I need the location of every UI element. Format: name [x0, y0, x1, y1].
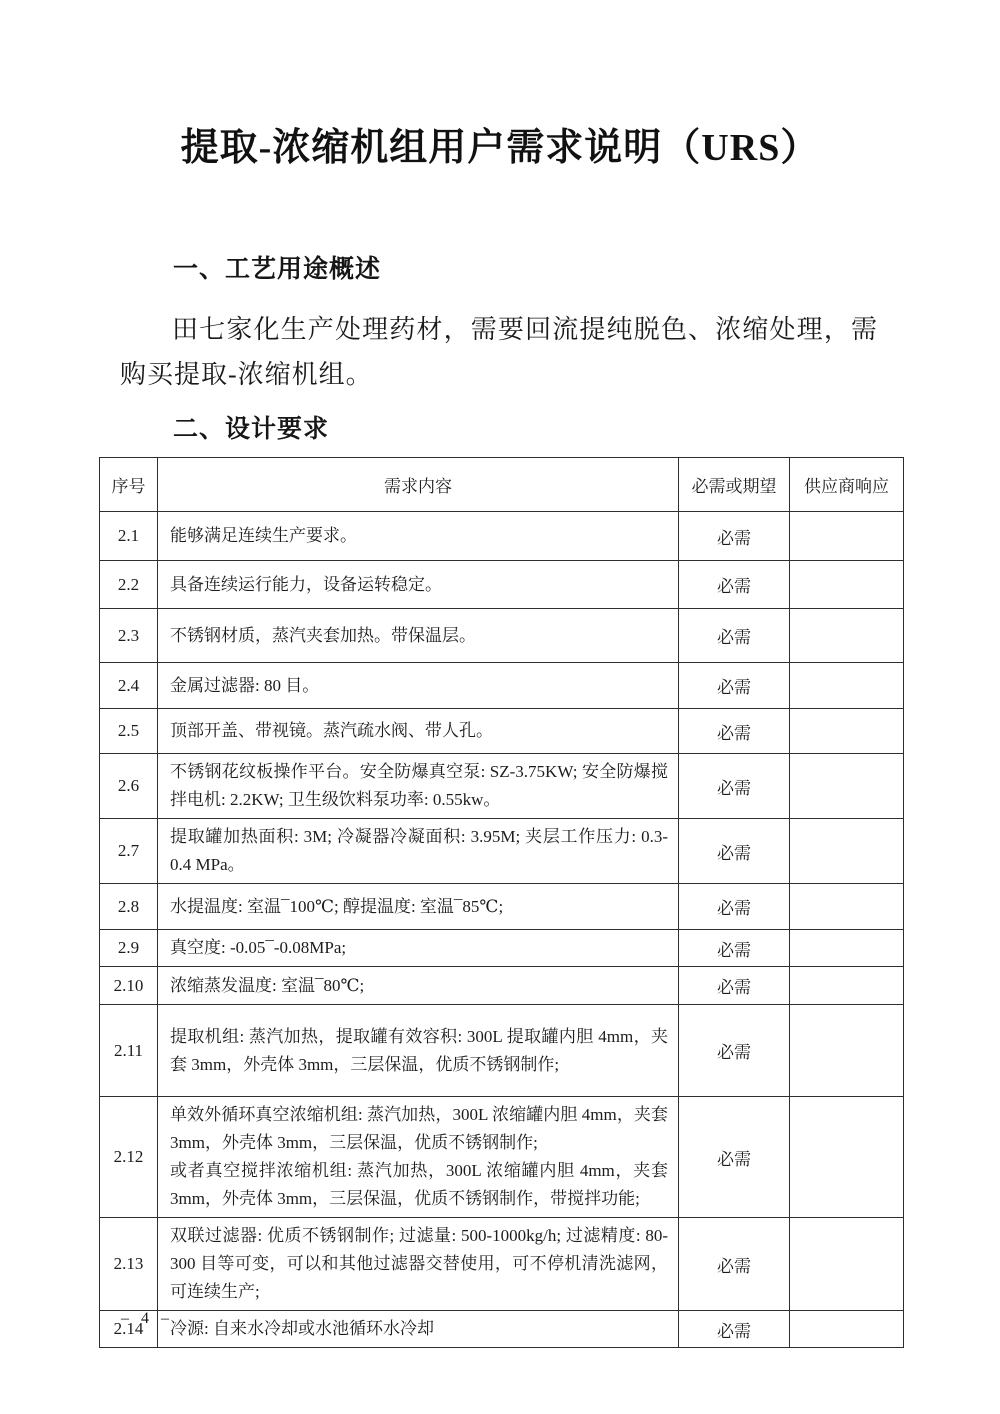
- row-content: 提取机组: 蒸汽加热，提取罐有效容积: 300L 提取罐内胆 4mm，夹套 3m…: [158, 1005, 679, 1097]
- row-content: 不锈钢花纹板操作平台。安全防爆真空泵: SZ-3.75KW; 安全防爆搅拌电机:…: [158, 754, 679, 819]
- row-content-text: 不锈钢花纹板操作平台。安全防爆真空泵: SZ-3.75KW; 安全防爆搅拌电机:…: [170, 758, 668, 814]
- row-index: 2.4: [100, 663, 158, 709]
- row-requirement: 必需: [679, 1311, 790, 1348]
- row-response: [790, 512, 904, 561]
- row-content: 具备连续运行能力，设备运转稳定。: [158, 561, 679, 609]
- row-response: [790, 1005, 904, 1097]
- table-row: 2.13 双联过滤器: 优质不锈钢制作; 过滤量: 500-1000kg/h; …: [100, 1218, 904, 1311]
- row-requirement: 必需: [679, 967, 790, 1005]
- document-page: 提取-浓缩机组用户需求说明（URS） 一、工艺用途概述 田七家化生产处理药材，需…: [0, 0, 1000, 1414]
- header-requirement: 必需或期望: [679, 458, 790, 512]
- row-index: 2.10: [100, 967, 158, 1005]
- row-requirement: 必需: [679, 609, 790, 663]
- row-content: 能够满足连续生产要求。: [158, 512, 679, 561]
- row-requirement: 必需: [679, 1005, 790, 1097]
- row-index: 2.13: [100, 1218, 158, 1311]
- row-content-text: 提取机组: 蒸汽加热，提取罐有效容积: 300L 提取罐内胆 4mm，夹套 3m…: [170, 1023, 668, 1079]
- row-content: 水提温度: 室温¯100℃; 醇提温度: 室温¯85℃;: [158, 884, 679, 930]
- row-content: 单效外循环真空浓缩机组: 蒸汽加热，300L 浓缩罐内胆 4mm，夹套 3mm，…: [158, 1097, 679, 1218]
- row-index: 2.7: [100, 819, 158, 884]
- table-row: 2.11 提取机组: 蒸汽加热，提取罐有效容积: 300L 提取罐内胆 4mm，…: [100, 1005, 904, 1097]
- table-row: 2.10 浓缩蒸发温度: 室温¯80℃; 必需: [100, 967, 904, 1005]
- header-content: 需求内容: [158, 458, 679, 512]
- row-response: [790, 1097, 904, 1218]
- row-response: [790, 930, 904, 967]
- document-title: 提取-浓缩机组用户需求说明（URS）: [0, 0, 1000, 171]
- row-content-text-2: 或者真空搅拌浓缩机组: 蒸汽加热，300L 浓缩罐内胆 4mm，夹套 3mm，外…: [170, 1157, 668, 1213]
- table-row: 2.7 提取罐加热面积: 3M; 冷凝器冷凝面积: 3.95M; 夹层工作压力:…: [100, 819, 904, 884]
- row-content: 双联过滤器: 优质不锈钢制作; 过滤量: 500-1000kg/h; 过滤精度:…: [158, 1218, 679, 1311]
- row-index: 2.12: [100, 1097, 158, 1218]
- row-content: 浓缩蒸发温度: 室温¯80℃;: [158, 967, 679, 1005]
- row-index: 2.5: [100, 709, 158, 754]
- row-index: 2.6: [100, 754, 158, 819]
- table-row: 2.4 金属过滤器: 80 目。 必需: [100, 663, 904, 709]
- row-response: [790, 967, 904, 1005]
- row-index: 2.11: [100, 1005, 158, 1097]
- row-requirement: 必需: [679, 930, 790, 967]
- row-index: 2.8: [100, 884, 158, 930]
- row-content-text: 浓缩蒸发温度: 室温¯80℃;: [170, 972, 668, 1000]
- row-content: 冷源: 自来水冷却或水池循环水冷却: [158, 1311, 679, 1348]
- requirements-table: 序号 需求内容 必需或期望 供应商响应 2.1 能够满足连续生产要求。 必需 2…: [99, 457, 904, 1348]
- row-response: [790, 1218, 904, 1311]
- row-response: [790, 663, 904, 709]
- table-row: 2.1 能够满足连续生产要求。 必需: [100, 512, 904, 561]
- row-requirement: 必需: [679, 884, 790, 930]
- table-row: 2.12 单效外循环真空浓缩机组: 蒸汽加热，300L 浓缩罐内胆 4mm，夹套…: [100, 1097, 904, 1218]
- table-row: 2.9 真空度: -0.05¯-0.08MPa; 必需: [100, 930, 904, 967]
- row-content-text: 能够满足连续生产要求。: [170, 522, 668, 550]
- table-row: 2.14 冷源: 自来水冷却或水池循环水冷却 必需: [100, 1311, 904, 1348]
- row-content: 真空度: -0.05¯-0.08MPa;: [158, 930, 679, 967]
- row-index: 2.1: [100, 512, 158, 561]
- row-requirement: 必需: [679, 1218, 790, 1311]
- table-row: 2.2 具备连续运行能力，设备运转稳定。 必需: [100, 561, 904, 609]
- row-requirement: 必需: [679, 512, 790, 561]
- section-heading-design-requirements: 二、设计要求: [173, 409, 1000, 445]
- row-index: 2.9: [100, 930, 158, 967]
- row-content-text: 真空度: -0.05¯-0.08MPa;: [170, 934, 668, 962]
- row-content-text: 顶部开盖、带视镜。蒸汽疏水阀、带人孔。: [170, 717, 668, 745]
- row-response: [790, 884, 904, 930]
- row-response: [790, 609, 904, 663]
- row-content-text: 不锈钢材质，蒸汽夹套加热。带保温层。: [170, 622, 668, 650]
- row-requirement: 必需: [679, 709, 790, 754]
- row-requirement: 必需: [679, 663, 790, 709]
- row-content-text: 提取罐加热面积: 3M; 冷凝器冷凝面积: 3.95M; 夹层工作压力: 0.3…: [170, 823, 668, 879]
- row-index: 2.3: [100, 609, 158, 663]
- row-response: [790, 561, 904, 609]
- row-response: [790, 819, 904, 884]
- body-paragraph: 田七家化生产处理药材，需要回流提纯脱色、浓缩处理，需购买提取-浓缩机组。: [120, 307, 878, 397]
- row-content-text: 双联过滤器: 优质不锈钢制作; 过滤量: 500-1000kg/h; 过滤精度:…: [170, 1222, 668, 1306]
- table-row: 2.3 不锈钢材质，蒸汽夹套加热。带保温层。 必需: [100, 609, 904, 663]
- header-response: 供应商响应: [790, 458, 904, 512]
- row-content: 顶部开盖、带视镜。蒸汽疏水阀、带人孔。: [158, 709, 679, 754]
- row-requirement: 必需: [679, 1097, 790, 1218]
- row-content-text: 具备连续运行能力，设备运转稳定。: [170, 571, 668, 599]
- table-row: 2.6 不锈钢花纹板操作平台。安全防爆真空泵: SZ-3.75KW; 安全防爆搅…: [100, 754, 904, 819]
- section-heading-process-overview: 一、工艺用途概述: [173, 249, 1000, 285]
- row-content-text: 冷源: 自来水冷却或水池循环水冷却: [170, 1315, 668, 1343]
- page-number: – 4 –: [121, 1310, 173, 1328]
- table-row: 2.5 顶部开盖、带视镜。蒸汽疏水阀、带人孔。 必需: [100, 709, 904, 754]
- header-index: 序号: [100, 458, 158, 512]
- row-requirement: 必需: [679, 819, 790, 884]
- row-content-text: 水提温度: 室温¯100℃; 醇提温度: 室温¯85℃;: [170, 893, 668, 921]
- row-content-text: 单效外循环真空浓缩机组: 蒸汽加热，300L 浓缩罐内胆 4mm，夹套 3mm，…: [170, 1101, 668, 1157]
- row-content-text: 金属过滤器: 80 目。: [170, 672, 668, 700]
- table-row: 2.8 水提温度: 室温¯100℃; 醇提温度: 室温¯85℃; 必需: [100, 884, 904, 930]
- row-content: 不锈钢材质，蒸汽夹套加热。带保温层。: [158, 609, 679, 663]
- table-header-row: 序号 需求内容 必需或期望 供应商响应: [100, 458, 904, 512]
- row-requirement: 必需: [679, 561, 790, 609]
- row-response: [790, 754, 904, 819]
- row-content: 金属过滤器: 80 目。: [158, 663, 679, 709]
- row-response: [790, 1311, 904, 1348]
- row-index: 2.2: [100, 561, 158, 609]
- row-response: [790, 709, 904, 754]
- row-requirement: 必需: [679, 754, 790, 819]
- row-content: 提取罐加热面积: 3M; 冷凝器冷凝面积: 3.95M; 夹层工作压力: 0.3…: [158, 819, 679, 884]
